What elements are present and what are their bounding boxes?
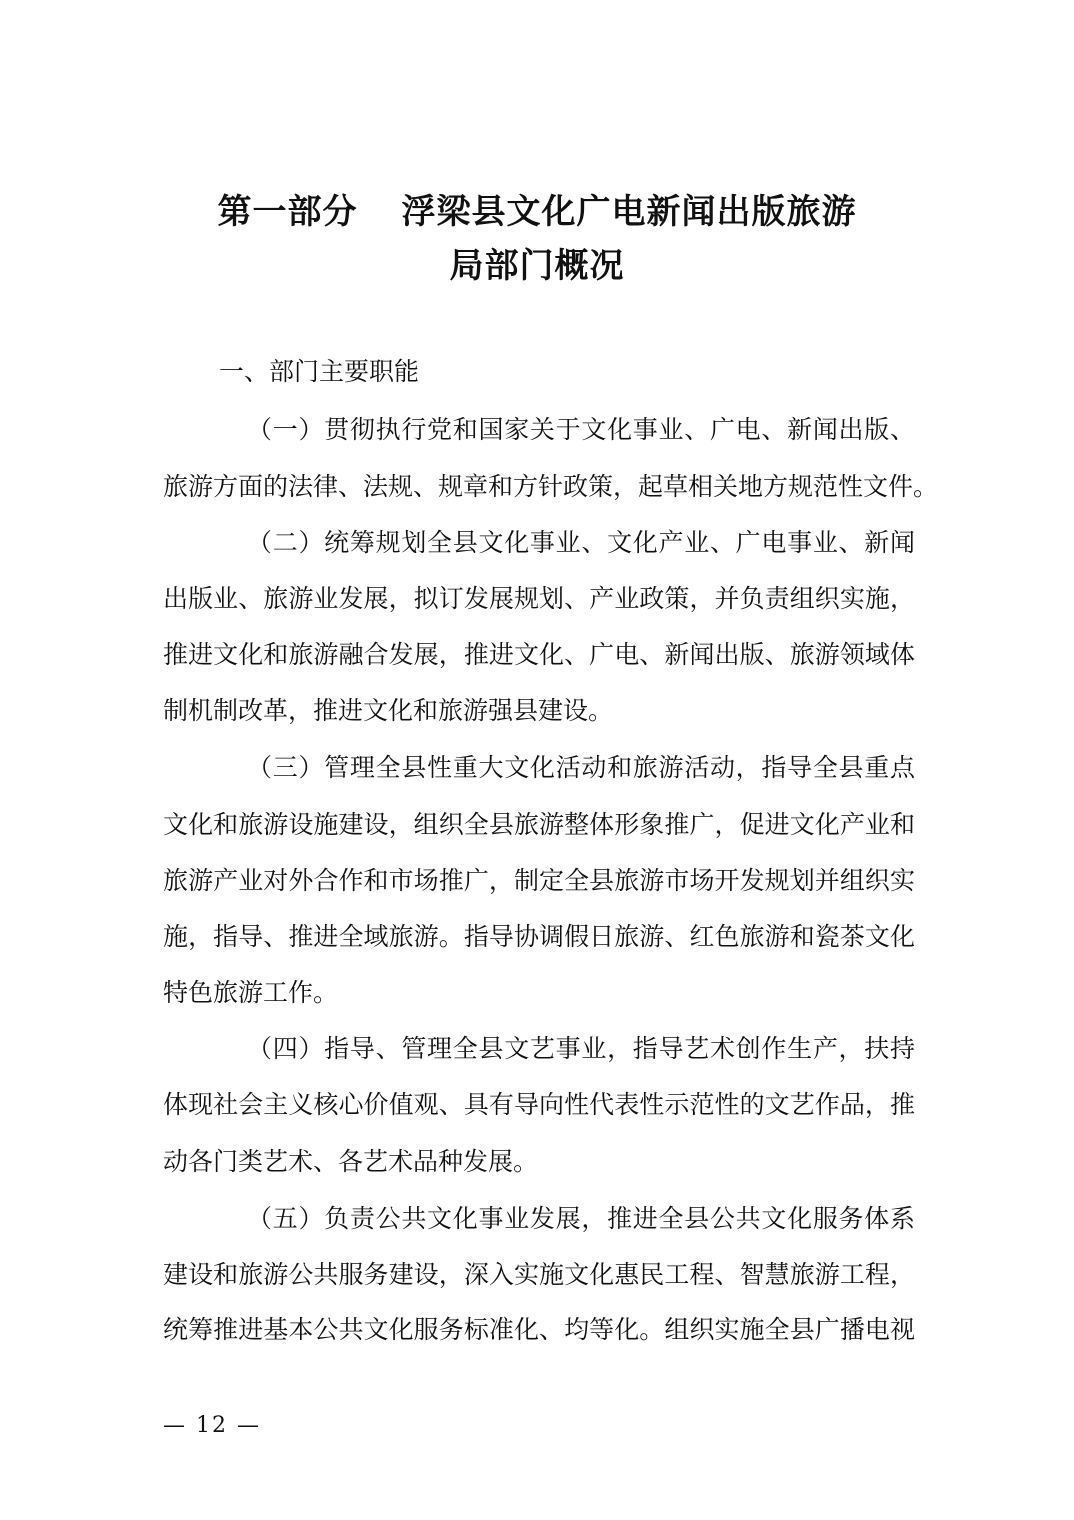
- paragraph-4-line-3: 动各门类艺术、各艺术品种发展。: [163, 1134, 915, 1190]
- paragraph-2-line-4: 制机制改革，推进文化和旅游强县建设。: [163, 683, 915, 739]
- paragraph-5-line-1: （五）负责公共文化事业发展，推进全县公共文化服务体系: [247, 1191, 915, 1247]
- paragraph-4-line-2: 体现社会主义核心价值观、具有导向性代表性示范性的文艺作品，推: [163, 1077, 915, 1133]
- page-number: — 12 —: [163, 1408, 261, 1444]
- paragraph-2-line-1: （二）统筹规划全县文化事业、文化产业、广电事业、新闻: [247, 515, 915, 571]
- section-heading: 一、部门主要职能: [219, 344, 419, 400]
- paragraph-3-line-4: 施，指导、推进全域旅游。指导协调假日旅游、红色旅游和瓷茶文化: [163, 909, 915, 965]
- document-title-line-1: 第一部分浮梁县文化广电新闻出版旅游: [0, 184, 1074, 240]
- paragraph-1-line-2: 旅游方面的法律、法规、规章和方针政策，起草相关地方规范性文件。: [163, 459, 915, 515]
- title-part-label: 第一部分: [218, 192, 358, 232]
- paragraph-2-line-3: 推进文化和旅游融合发展，推进文化、广电、新闻出版、旅游领域体: [163, 627, 915, 683]
- paragraph-3-line-1: （三）管理全县性重大文化活动和旅游活动，指导全县重点: [247, 740, 915, 796]
- paragraph-2-line-2: 出版业、旅游业发展，拟订发展规划、产业政策，并负责组织实施，: [163, 571, 915, 627]
- paragraph-4-line-1: （四）指导、管理全县文艺事业，指导艺术创作生产，扶持: [247, 1021, 915, 1077]
- paragraph-3-line-5: 特色旅游工作。: [163, 965, 915, 1021]
- paragraph-1-line-1: （一）贯彻执行党和国家关于文化事业、广电、新闻出版、: [247, 402, 915, 458]
- paragraph-3-line-2: 文化和旅游设施建设，组织全县旅游整体形象推广，促进文化产业和: [163, 797, 915, 853]
- paragraph-5-line-3: 统筹推进基本公共文化服务标准化、均等化。组织实施全县广播电视: [163, 1302, 915, 1358]
- title-department-name: 浮梁县文化广电新闻出版旅游: [402, 192, 857, 232]
- paragraph-3-line-3: 旅游产业对外合作和市场推广，制定全县旅游市场开发规划并组织实: [163, 853, 915, 909]
- document-title-line-2: 局部门概况: [0, 238, 1074, 294]
- paragraph-5-line-2: 建设和旅游公共服务建设，深入实施文化惠民工程、智慧旅游工程，: [163, 1247, 915, 1303]
